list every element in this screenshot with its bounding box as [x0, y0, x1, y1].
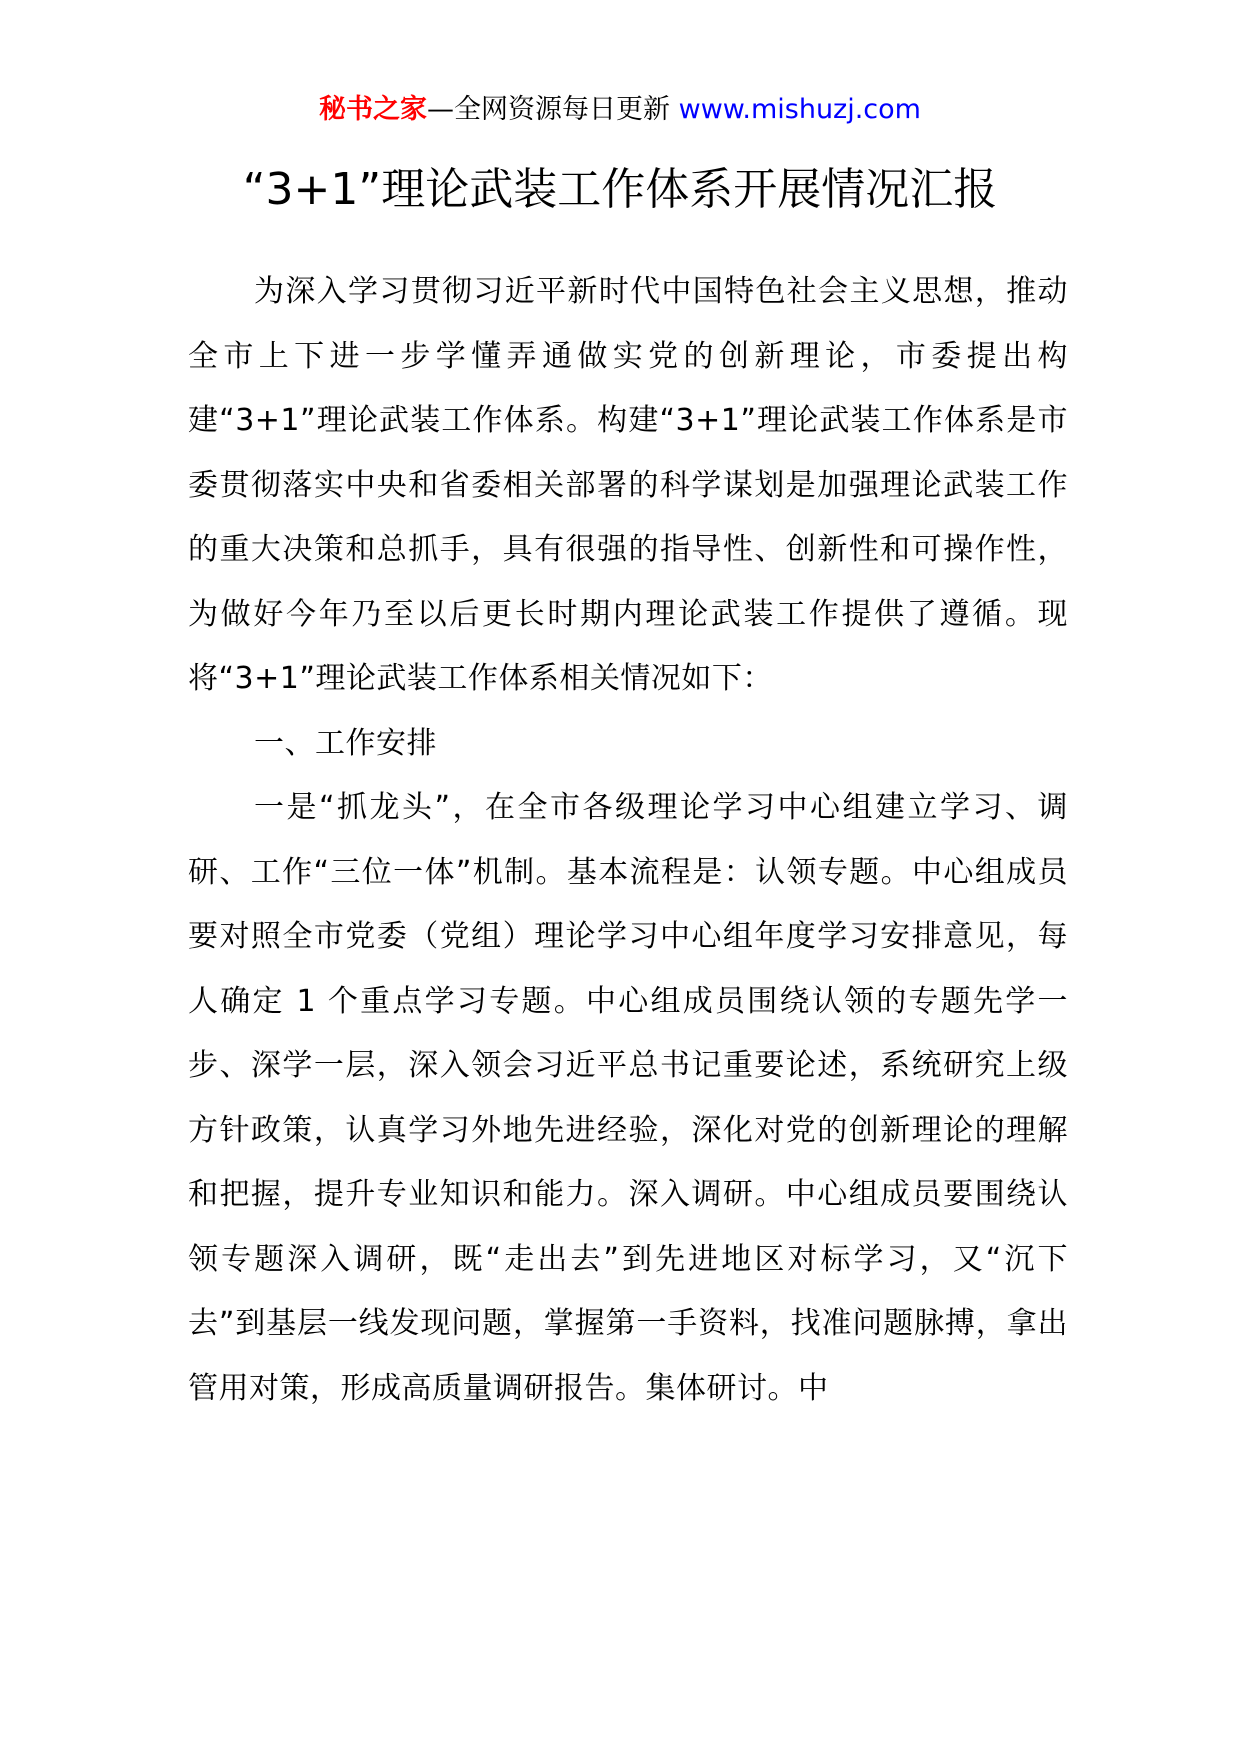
- document-body: 为深入学习贯彻习近平新时代中国特色社会主义思想，推动全市上下进一步学懂弄通做实党…: [188, 260, 1068, 1421]
- section-heading: 一、工作安排: [188, 712, 1068, 777]
- body-paragraph: 一是“抓龙头”，在全市各级理论学习中心组建立学习、调研、工作“三位一体”机制。基…: [188, 776, 1068, 1421]
- banner-tagline: —全网资源每日更新: [427, 94, 679, 125]
- intro-paragraph: 为深入学习贯彻习近平新时代中国特色社会主义思想，推动全市上下进一步学懂弄通做实党…: [188, 260, 1068, 712]
- site-url-link[interactable]: www.mishuzj.com: [679, 94, 921, 125]
- brand-name: 秘书之家: [319, 94, 427, 125]
- document-title: “3+1”理论武装工作体系开展情况汇报: [0, 160, 1240, 220]
- site-banner: 秘书之家—全网资源每日更新 www.mishuzj.com: [0, 92, 1240, 128]
